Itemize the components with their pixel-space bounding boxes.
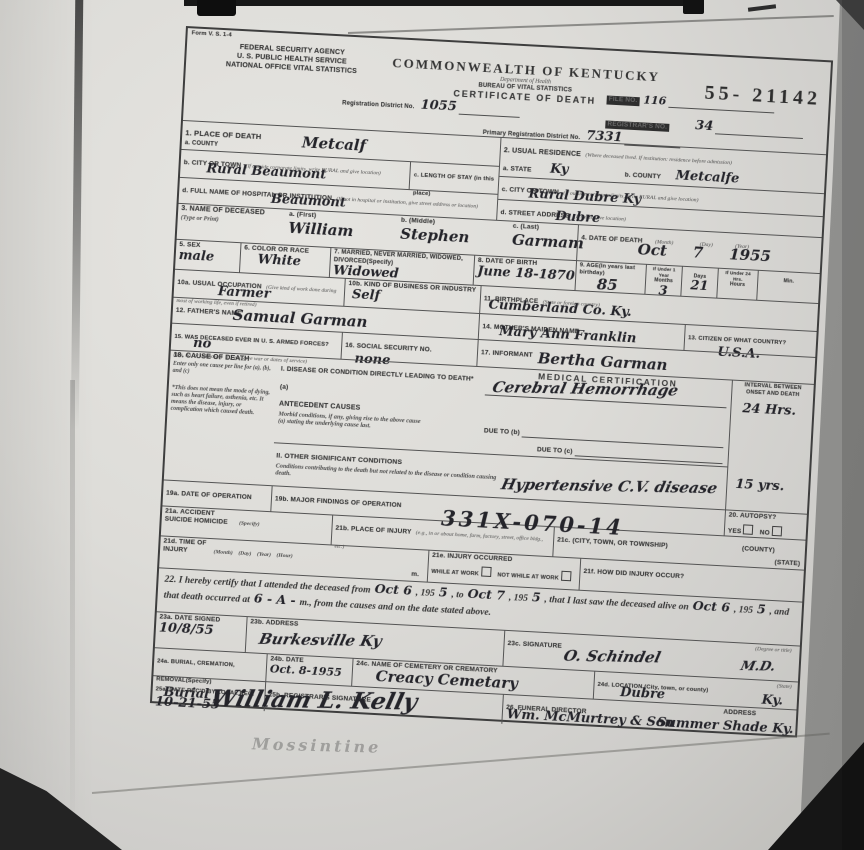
first-name-value: William (288, 221, 395, 242)
residence-county-label: b. COUNTY (624, 172, 661, 181)
birth-date-value: June 18-1870 (477, 265, 573, 284)
accident-label: 21a. ACCIDENT SUICIDE HOMICIDE (164, 508, 235, 528)
last-name-value: Garmam (512, 233, 575, 252)
citizen-label: 13. CITIZEN OF WHAT COUNTRY? (688, 335, 786, 346)
hospital-hint: (If not in hospital or institution, give… (336, 197, 478, 211)
statement-part-8: m., from the causes and on the date stat… (299, 598, 491, 618)
file-number-value: 116 (643, 94, 667, 107)
registration-district-rule (458, 113, 519, 117)
statement-part-3: , to (451, 590, 464, 601)
autopsy-no-checkbox (772, 526, 783, 537)
other-conditions-interval: 15 yrs. (735, 478, 785, 494)
operation-date-label: 19a. DATE OF OPERATION (166, 490, 252, 502)
residence-state-label: a. STATE (503, 165, 532, 174)
registration-district-value: 1055 (420, 99, 457, 115)
disease-a-label: (a) (280, 384, 289, 391)
funeral-address-label: ADDRESS (723, 709, 756, 719)
race-value: White (257, 253, 327, 270)
interval-label: INTERVAL BETWEEN ONSET AND DEATH (735, 382, 811, 399)
sex-value: male (178, 249, 237, 266)
not-while-at-work-checkbox (561, 571, 572, 582)
physician-signature-value: O. Schindel (562, 649, 662, 666)
cause-of-death-sidebar: 18. CAUSE OF DEATH Enter only one cause … (164, 351, 279, 486)
date-of-death-label: 4. DATE OF DEATH (581, 234, 643, 244)
field-age: 9. AGE(In years last birthday) 85 (575, 261, 646, 294)
cemetery-state-value: Ky. (761, 694, 783, 709)
registration-district-label: Registration District No. (342, 101, 415, 112)
residence-title: 2. USUAL RESIDENCE (504, 147, 582, 158)
injury-state-label: (STATE) (774, 559, 800, 568)
statement-hw-from-date: Oct 6 (374, 581, 412, 598)
age-hours-label: Hours (721, 281, 754, 289)
due-to-c-label: DUE TO (c) (537, 446, 573, 456)
disease-value: Cerebral Hemorrhage (491, 380, 680, 399)
accident-hint: (Specify) (239, 521, 260, 528)
top-right-ink-blob (683, 0, 704, 14)
residence-state-value: Ky (550, 162, 569, 178)
while-at-work-checkbox (481, 567, 492, 578)
autopsy-yes-checkbox (743, 525, 754, 536)
registrar-number-rule (715, 133, 803, 139)
statement-part-4: , 195 (509, 593, 529, 604)
top-film-strip (184, 0, 696, 6)
degree-value: M.D. (739, 660, 777, 674)
statement-hw-year-2: 5 (532, 589, 541, 604)
death-year-value: 1955 (729, 247, 772, 265)
not-while-at-work-label: NOT WHILE AT WORK (497, 572, 559, 581)
how-injury-label: 21f. HOW DID INJURY OCCUR? (583, 568, 684, 580)
field-middle-name: b. (Middle) Stephen (396, 216, 510, 257)
autopsy-no-label: NO (760, 529, 770, 537)
degree-label: (Degree or title) (755, 646, 792, 655)
statement-hw-year-1: 5 (439, 584, 448, 599)
field-age-minutes: Min. (756, 271, 819, 303)
informant-label: 17. INFORMANT (481, 349, 533, 359)
other-conditions-note: Conditions contributing to the death but… (275, 462, 505, 489)
statement-part-5: , that I last saw the deceased alive on (544, 595, 689, 613)
residence-county-value: Metcalfe (675, 168, 740, 186)
middle-name-value: Stephen (400, 227, 507, 248)
field-sex: 5. SEX male (175, 240, 240, 272)
registrar-signature-value: William L. Kelly (208, 687, 420, 715)
residence-title-hint: (Where deceased lived. If institution: r… (585, 152, 732, 166)
field-last-name: c. (Last) Garmam (508, 222, 578, 261)
age-min-label: Min. (761, 277, 816, 286)
file-number-rule (668, 106, 774, 113)
name-title-cell: 3. NAME OF DECEASED (Type or Print) (177, 204, 287, 245)
death-certificate-form: Form V. S. 1-4 FEDERAL SECURITY AGENCY U… (150, 26, 833, 738)
death-day-value: 7 (692, 245, 703, 261)
injury-county-label: (COUNTY) (742, 545, 775, 555)
registrar-number-value: 34 (695, 119, 714, 134)
while-at-work-label: WHILE AT WORK (431, 569, 479, 578)
autopsy-yes-label: YES (728, 528, 742, 536)
field-color-or-race: 6. COLOR OR RACE White (239, 243, 330, 277)
time-of-injury-m: m. (411, 571, 419, 580)
field-age-days: Days 21 (680, 267, 717, 298)
field-first-name: a. (First) William (285, 210, 399, 251)
interval-value: 24 Hrs. (742, 402, 810, 419)
form-number: Form V. S. 1-4 (191, 30, 232, 39)
other-conditions-value: Hypertensive C.V. disease (499, 477, 718, 497)
armed-forces-value: no (193, 337, 212, 352)
right-edge-band (842, 0, 864, 850)
due-to-b-label: DUE TO (b) (484, 427, 520, 437)
place-of-injury-label: 21b. PLACE OF INJURY (335, 525, 411, 536)
statement-part-2: , 195 (416, 588, 436, 599)
field-age-hours: If Under 24 Hrs. Hours (716, 269, 757, 300)
date-of-death-values: Oct 7 1955 (637, 242, 771, 265)
field-age-months: If Under 1 Year Months 3 (644, 265, 681, 296)
cause-note-2: *This does not mean the mode of dying, s… (170, 384, 273, 418)
interval-column: INTERVAL BETWEEN ONSET AND DEATH 24 Hrs.… (725, 381, 814, 514)
photographed-death-certificate: Form V. S. 1-4 FEDERAL SECURITY AGENCY U… (0, 0, 864, 850)
time-of-injury-hints: (Month) (Day) (Year) (Hour) (213, 549, 292, 559)
statement-hw-hour: 6 - A - (254, 591, 297, 608)
age-days-value: 21 (685, 279, 715, 294)
statement-hw-year-3: 5 (757, 601, 766, 616)
field-date-signed: 23a. DATE SIGNED 10/8/55 (155, 612, 247, 652)
faint-pencil-note: Mossintine (252, 734, 382, 756)
statement-hw-to-date: Oct 7 (467, 586, 505, 603)
time-of-injury-label: 21d. TIME OF INJURY (163, 538, 210, 557)
death-month-value: Oct (637, 242, 667, 259)
primary-district-value: 7331 (586, 129, 623, 145)
film-edge-line-lower (70, 380, 75, 850)
county-value: Metcalf (302, 135, 367, 154)
agency-block: FEDERAL SECURITY AGENCY U. S. PUBLIC HEA… (194, 42, 390, 79)
operation-findings-label: 19b. MAJOR FINDINGS OF OPERATION (275, 495, 402, 509)
statement-part-6: , 195 (734, 605, 754, 616)
medical-certification-main: I. DISEASE OR CONDITION DIRECTLY LEADING… (272, 356, 732, 509)
file-number-label: FILE NO. (606, 96, 639, 106)
statement-hw-alive-date: Oct 6 (692, 598, 730, 615)
top-left-ink-blob (197, 0, 236, 16)
burial-date-value: Oct. 8-1955 (270, 664, 350, 680)
disease-label: I. DISEASE OR CONDITION DIRECTLY LEADING… (281, 366, 474, 383)
cemetery-state-label: (State) (777, 683, 792, 690)
place-of-death-title: 1. PLACE OF DEATH (185, 128, 262, 141)
autopsy-label: 20. AUTOPSY? (729, 512, 804, 524)
physician-signature-label: 23c. SIGNATURE (507, 640, 562, 650)
signer-address-value: Burkesville Ky (257, 632, 383, 650)
